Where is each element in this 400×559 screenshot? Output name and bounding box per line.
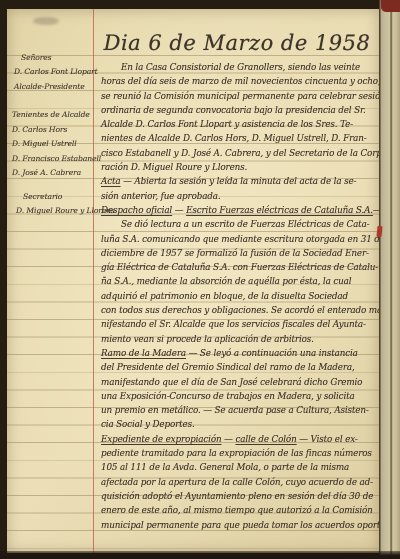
deputy-name: D. Carlos Hors [12, 123, 101, 138]
corner-mark [381, 0, 400, 12]
page-title: Dia 6 de Marzo de 1958 [99, 31, 375, 55]
paper-sheet: Dia 6 de Marzo de 1958 Señores D. Carlos… [7, 9, 379, 553]
body-line: nientes de Alcalde D. Carlos Hors, D. Mi… [101, 132, 379, 146]
deputy-name: D. José A. Cabrera [12, 166, 101, 181]
secretary-name: D. Miguel Roure y Llorens [16, 204, 115, 218]
body-line: del Presidente del Gremio Sindical del r… [101, 361, 379, 375]
body-line: Expediente de expropiación — calle de Co… [101, 433, 379, 447]
deputies-note: Tenientes de Alcalde D. Carlos Hors D. M… [12, 108, 101, 181]
mayor-name: D. Carlos Font Llopart [14, 65, 98, 79]
body-line: pediente tramitado para la expropiación … [101, 447, 379, 461]
body-line: ordinaria de segunda convocatoria bajo l… [101, 104, 379, 118]
body-line: Ramo de la Madera — Se leyó a continuaci… [101, 347, 379, 361]
body-line: horas del día seis de marzo de mil novec… [101, 75, 379, 89]
secretary-heading: Secretario [16, 190, 115, 204]
body-line: Acta — Abierta la sesión y leída la minu… [101, 175, 379, 189]
body-line: ña S.A., mediante la absorción de aquéll… [101, 275, 379, 289]
body-line: Se dió lectura a un escrito de Fuerzas E… [101, 218, 379, 232]
deputy-name: D. Francisco Estabanell [12, 152, 101, 167]
binding-shadow [0, 551, 400, 559]
body-line: sión anterior, fue aprobada. [101, 190, 379, 204]
body-line: ración D. Miguel Roure y Llorens. [101, 161, 379, 175]
body-line: miento vean si procede la aplicación de … [101, 333, 379, 347]
mayor-title: Alcalde-Presidente [14, 80, 98, 94]
body-line: nifestando el Sr. Alcalde que los servic… [101, 318, 379, 332]
body-line: En la Casa Consistorial de Granollers, s… [101, 61, 379, 75]
body-line: cia Social y Deportes. [101, 418, 379, 432]
body-line: Alcalde D. Carlos Font Llopart y asisten… [101, 118, 379, 132]
deputies-heading: Tenientes de Alcalde [12, 108, 101, 123]
body-line: municipal permanente para que pueda toma… [101, 519, 379, 533]
body-line: enero de este año, al mismo tiempo que a… [101, 504, 379, 518]
body-line: manifestando que el día de San José cele… [101, 376, 379, 390]
body-line: quisición adoptó el Ayuntamiento pleno e… [101, 490, 379, 504]
body-line: diciembre de 1957 se formalizó la fusión… [101, 247, 379, 261]
body-line: cisco Estabanell y D. José A. Cabrera, y… [101, 147, 379, 161]
scanned-minutes-page: Dia 6 de Marzo de 1958 Señores D. Carlos… [0, 0, 400, 559]
body-line: una Exposición-Concurso de trabajos en M… [101, 390, 379, 404]
pencil-smudge [33, 17, 59, 25]
body-line: afectada por la apertura de la calle Col… [101, 476, 379, 490]
body-line: Despacho oficial — Escrito Fuerzas eléct… [101, 204, 379, 218]
deputy-name: D. Miguel Ustrell [12, 137, 101, 152]
attendees-note: Señores D. Carlos Font Llopart Alcalde-P… [14, 51, 98, 94]
attendees-heading: Señores [14, 51, 98, 65]
secretary-note: Secretario D. Miguel Roure y Llorens [16, 190, 115, 217]
body-line: gía Eléctrica de Cataluña S.A. con Fuerz… [101, 261, 379, 275]
document-body: En la Casa Consistorial de Granollers, s… [101, 61, 379, 533]
book-page-edge [379, 0, 400, 559]
body-line: con todos sus derechos y obligaciones. S… [101, 304, 379, 318]
body-line: luña S.A. comunicando que mediante escri… [101, 233, 379, 247]
body-line: adquirió el patrimonio en bloque, de la … [101, 290, 379, 304]
body-line: 105 al 111 de la Avda. General Mola, o p… [101, 461, 379, 475]
body-line: un premio en metálico. — Se acuerda pase… [101, 404, 379, 418]
body-line: se reunió la Comisión municipal permanen… [101, 90, 379, 104]
